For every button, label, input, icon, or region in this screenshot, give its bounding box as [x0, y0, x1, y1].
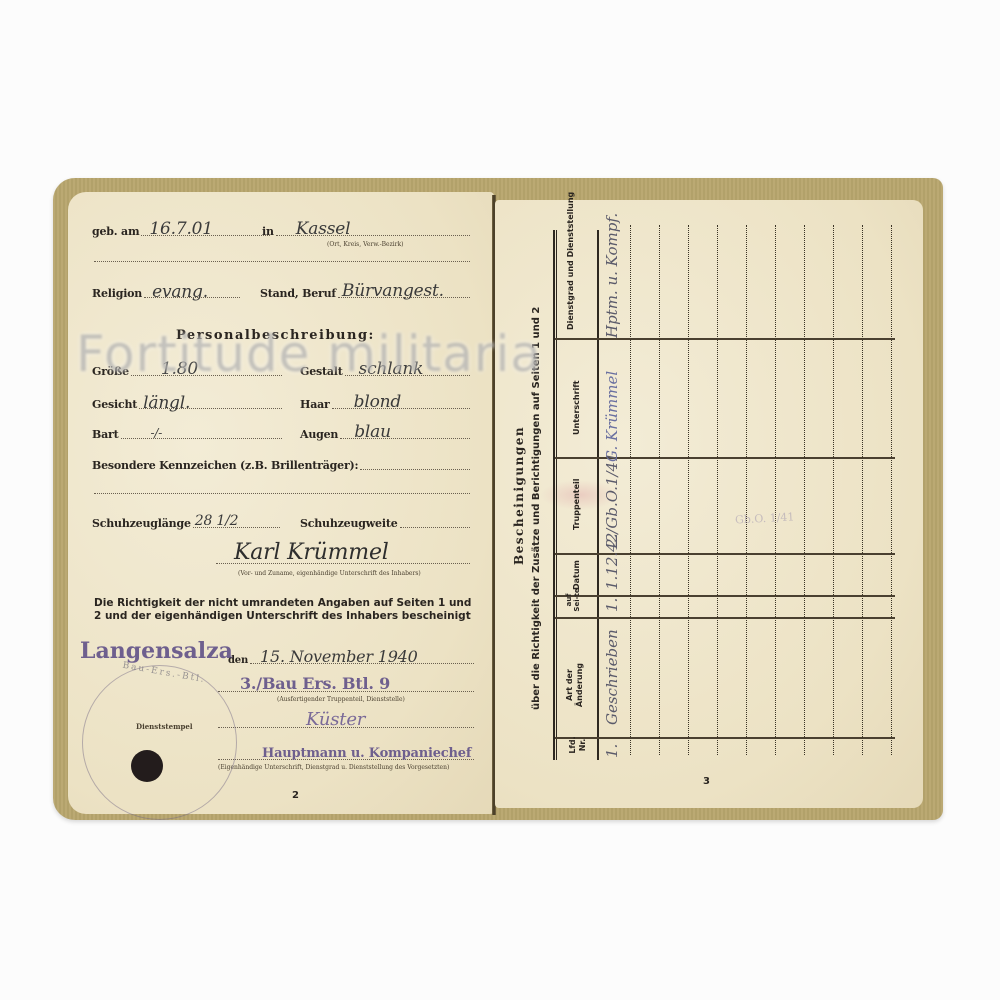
- eyes-label: Augen: [300, 428, 338, 441]
- shoe-width-label: Schuhzeugweite: [300, 517, 398, 530]
- born-in-caption: (Ort, Kreis, Verw.-Bezirk): [327, 241, 404, 248]
- col-header-truppenteil: Truppenteil: [572, 478, 582, 530]
- row-line: [862, 225, 863, 755]
- col-header-dienstgrad: Dienstgrad und Dienststellung: [566, 230, 576, 330]
- col-divider-1: [555, 338, 895, 340]
- hair-label: Haar: [300, 398, 330, 411]
- face-value: längl.: [143, 393, 190, 413]
- shoe-width-field: Schuhzeugweite: [300, 512, 472, 530]
- born-on-value: 16.7.01: [149, 219, 213, 239]
- place-stamp: Langensalza: [80, 638, 233, 664]
- holder-signature: Karl Krümmel: [234, 540, 389, 565]
- row1-art: Geschrieben: [603, 629, 621, 725]
- special-marks-field: Besondere Kennzeichen (z.B. Brillenträge…: [92, 454, 472, 472]
- watermark: Fortitude militaria: [76, 325, 542, 383]
- certification-text: Die Richtigkeit der nicht umrandeten Ang…: [94, 597, 478, 623]
- row1-dienstgrad: Hptm. u. Kompf.: [603, 213, 621, 338]
- born-in-value: Kassel: [296, 219, 351, 239]
- date-label: den: [228, 655, 248, 666]
- face-field: Gesicht längl.: [92, 393, 284, 411]
- col-header-art: Art der Änderung: [565, 655, 585, 715]
- table-border-left: [553, 230, 555, 760]
- unit-field: 3./Bau Ers. Btl. 9: [216, 676, 476, 694]
- col-divider-6: [555, 737, 895, 739]
- special-marks-line-2: [92, 482, 472, 496]
- row-line: [717, 225, 718, 755]
- officer-signature: Küster: [306, 709, 365, 730]
- seal-label: Dienststempel: [136, 722, 193, 731]
- unit-caption: (Ausfertigender Truppenteil, Dienststell…: [277, 696, 405, 703]
- occupation-field: Stand, Beruf Bürvangest.: [260, 280, 472, 300]
- row-line: [630, 225, 631, 755]
- row-line: [891, 225, 892, 755]
- date-value: 15. November 1940: [260, 647, 418, 666]
- shoe-length-label: Schuhzeuglänge: [92, 517, 191, 530]
- eyes-field: Augen blau: [300, 423, 472, 441]
- col-divider-5: [555, 617, 895, 619]
- face-label: Gesicht: [92, 398, 137, 411]
- religion-value: evang.: [152, 282, 208, 302]
- row1-unterschrift: G. Krümmel: [603, 371, 621, 462]
- beard-value: -/-: [151, 426, 163, 440]
- beard-label: Bart: [92, 428, 119, 441]
- rank-field: Hauptmann u. Kompaniechef: [216, 744, 476, 762]
- row-line: [833, 225, 834, 755]
- row1-seite: 1.: [603, 598, 621, 612]
- col-header-unterschrift: Unterschrift: [572, 380, 582, 435]
- hair-field: Haar blond: [300, 393, 472, 411]
- row-line: [775, 225, 776, 755]
- col-header-lfd-nr: Lfd. Nr.: [568, 735, 588, 755]
- holder-signature-field: Karl Krümmel: [214, 538, 472, 566]
- born-in-label: in: [262, 225, 274, 238]
- occupation-label: Stand, Beruf: [260, 287, 336, 300]
- table-header-divider: [597, 230, 599, 760]
- religion-label: Religion: [92, 287, 142, 300]
- rank-caption: (Eigenhändige Unterschrift, Dienstgrad u…: [218, 764, 449, 771]
- row-line: [659, 225, 660, 755]
- officer-signature-field: Küster: [216, 710, 476, 730]
- row1-lfd-nr: 1.: [603, 744, 621, 758]
- col-divider-4: [555, 595, 895, 597]
- certifications-title: Bescheinigungen: [512, 426, 526, 565]
- row1-truppenteil: 2./Gb.O.1/41: [603, 452, 621, 548]
- occupation-value: Bürvangest.: [342, 281, 444, 301]
- date-field: den 15. November 1940: [228, 646, 476, 666]
- shoe-length-field: Schuhzeuglänge 28 1/2: [92, 512, 282, 530]
- eyes-value: blau: [354, 422, 391, 442]
- official-seal: [82, 665, 237, 820]
- born-in-field: in Kassel: [262, 218, 472, 238]
- col-header-seite: auf Sei-te: [565, 585, 581, 615]
- unit-stamp: 3./Bau Ers. Btl. 9: [240, 674, 390, 693]
- special-marks-label: Besondere Kennzeichen (z.B. Brillenträge…: [92, 459, 358, 472]
- born-in-line-2: [92, 250, 472, 264]
- row-line: [688, 225, 689, 755]
- hair-value: blond: [354, 392, 401, 412]
- page-number-left: 2: [292, 790, 299, 801]
- row-line: [804, 225, 805, 755]
- beard-field: Bart -/-: [92, 423, 284, 441]
- rank-stamp: Hauptmann u. Kompaniechef: [262, 746, 471, 761]
- born-on-label: geb. am: [92, 225, 139, 238]
- religion-field: Religion evang.: [92, 280, 242, 300]
- holder-signature-caption: (Vor- und Zuname, eigenhändige Unterschr…: [238, 570, 421, 577]
- page-number-right: 3: [703, 776, 710, 787]
- punch-hole: [131, 750, 163, 782]
- row-line: [746, 225, 747, 755]
- born-on-field: geb. am 16.7.01: [92, 218, 272, 238]
- shoe-length-value: 28 1/2: [195, 513, 239, 529]
- table-border-left-double: [556, 230, 557, 760]
